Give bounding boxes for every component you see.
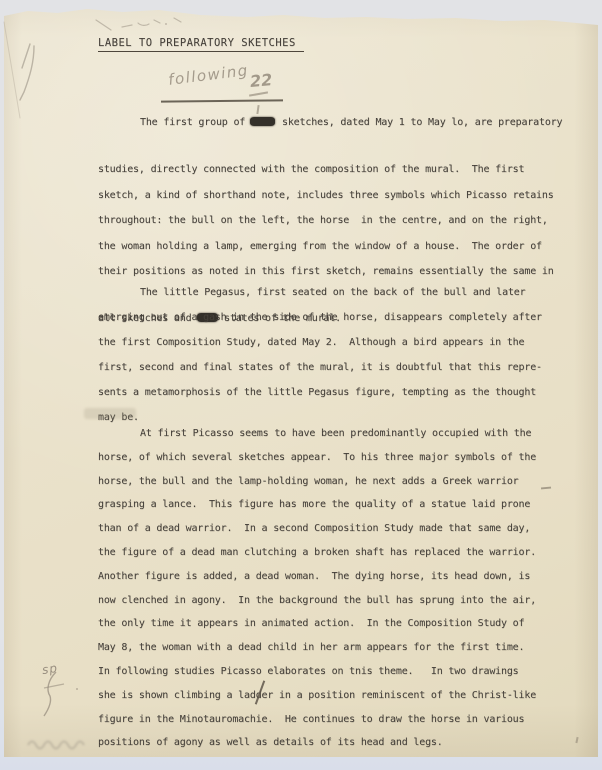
text-line: The first group of sketches, dated May 1…: [98, 110, 562, 135]
text-line: the woman holding a lamp, emerging from …: [98, 234, 562, 259]
text-line: than of a dead warrior. In a second Comp…: [98, 517, 536, 541]
text-line: Another figure is added, a dead woman. T…: [98, 565, 536, 589]
page-title: LABEL TO PREPARATORY SKETCHES: [98, 37, 304, 52]
text-line: figure in the Minotauromachie. He contin…: [98, 708, 536, 732]
text-line: horse, of which several sketches appear.…: [98, 446, 536, 470]
text-line: horse, the bull and the lamp-holding wom…: [98, 470, 536, 494]
text-line: the figure of a dead man clutching a bro…: [98, 541, 536, 565]
text-line: now clenched in agony. In the background…: [98, 589, 536, 613]
text-segment: The: [140, 117, 163, 128]
inked-out-word: [250, 117, 275, 126]
text-line: first, second and final states of the mu…: [98, 355, 542, 380]
erased-text-ghost: [84, 408, 136, 419]
text-line: positions of agony as well as details of…: [98, 731, 536, 755]
text-line: May 8, the woman with a dead child in he…: [98, 636, 536, 660]
text-line: In following studies Picasso elaborates …: [98, 660, 536, 684]
handwritten-number: 22: [249, 70, 273, 91]
text-line: studies, directly connected with the com…: [98, 157, 562, 182]
text-line: emerging out of a gash in the side of th…: [98, 305, 542, 330]
document-scan: { "colors": { "ink": "#45403a", "pencil"…: [0, 0, 602, 770]
pencil-scribble-corner: [0, 18, 80, 138]
sp-mark-label: sp: [41, 661, 59, 677]
pencil-scribble-top: [88, 6, 228, 38]
text-line: the only time it appears in animated act…: [98, 612, 536, 636]
pencil-dot: [76, 688, 78, 690]
text-line: grasping a lance. This figure has more t…: [98, 493, 536, 517]
text-line: sketch, a kind of shorthand note, includ…: [98, 183, 562, 208]
paragraph-3: At first Picasso seems to have been pred…: [98, 400, 536, 766]
struck-text: first group of: [163, 117, 245, 128]
text-line: throughout: the bull on the left, the ho…: [98, 208, 562, 233]
text-line: At first Picasso seems to have been pred…: [98, 422, 536, 446]
paragraph-3-body: At first Picasso seems to have been pred…: [98, 422, 536, 755]
proofreader-sp-mark: sp: [38, 662, 72, 720]
bleed-through-ghost: [24, 736, 104, 752]
text-segment: sketches, dated May 1 to May lo, are pre…: [276, 117, 562, 128]
text-line: she is shown climbing a ladder in a posi…: [98, 684, 536, 708]
text-line: The little Pegasus, first seated on the …: [98, 280, 542, 305]
pencil-dot: [165, 23, 167, 25]
text-line: the first Composition Study, dated May 2…: [98, 330, 542, 355]
